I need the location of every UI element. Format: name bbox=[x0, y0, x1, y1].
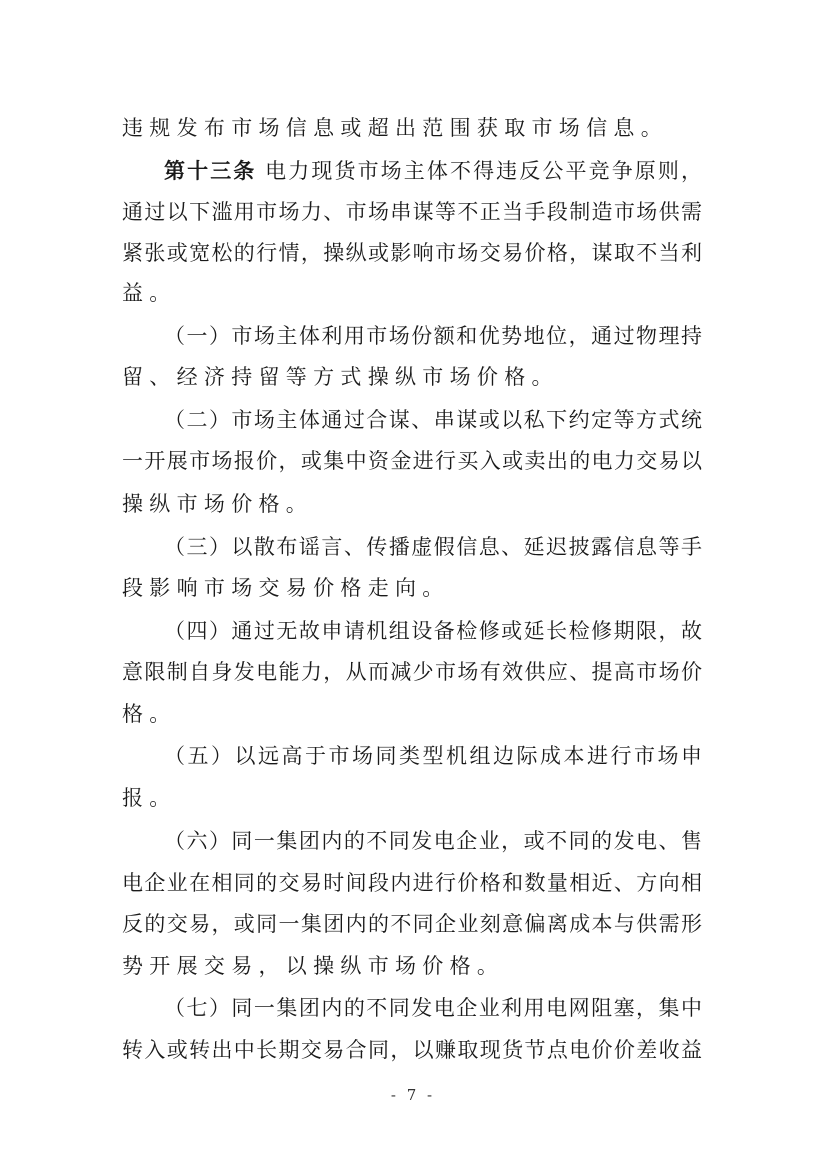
line-text: 段影响市场交易价格走向。 bbox=[122, 576, 450, 600]
text-line: 反的交易，或同一集团内的不同企业刻意偏离成本与供需形 bbox=[122, 909, 702, 939]
page-number: - 7 - bbox=[0, 1086, 826, 1104]
text-line: 报。 bbox=[122, 783, 702, 813]
text-line: 操纵市场价格。 bbox=[122, 489, 702, 519]
line-text: 电力现货市场主体不得违反公平竞争原则， bbox=[256, 159, 702, 183]
text-line: 格。 bbox=[122, 699, 702, 729]
line-text: （七）同一集团内的不同发电企业利用电网阻塞，集中 bbox=[164, 996, 702, 1020]
text-line: 违规发布市场信息或超出范围获取市场信息。 bbox=[122, 113, 702, 143]
line-text: （六）同一集团内的不同发电企业，或不同的发电、售 bbox=[164, 829, 702, 853]
line-text: 违规发布市场信息或超出范围获取市场信息。 bbox=[122, 116, 668, 140]
line-text: 益。 bbox=[122, 281, 177, 305]
line-text: （四）通过无故申请机组设备检修或延长检修期限，故 bbox=[164, 619, 702, 643]
clause-line: （二）市场主体通过合谋、串谋或以私下约定等方式统 bbox=[164, 405, 702, 435]
text-line: 意限制自身发电能力，从而减少市场有效供应、提高市场价 bbox=[122, 657, 702, 687]
clause-line: （六）同一集团内的不同发电企业，或不同的发电、售 bbox=[164, 826, 702, 856]
line-text: 转入或转出中长期交易合同，以赚取现货节点电价价差收益 bbox=[122, 1038, 702, 1062]
clause-line: （三）以散布谣言、传播虚假信息、延迟披露信息等手 bbox=[164, 532, 702, 562]
clause-line: （七）同一集团内的不同发电企业利用电网阻塞，集中 bbox=[164, 993, 702, 1023]
line-text: 反的交易，或同一集团内的不同企业刻意偏离成本与供需形 bbox=[122, 912, 702, 936]
line-text: 格。 bbox=[122, 702, 177, 726]
line-text: （五）以远高于市场同类型机组边际成本进行市场申 bbox=[164, 744, 702, 768]
text-line: 势开展交易，以操纵市场价格。 bbox=[122, 951, 702, 981]
text-line: 一开展市场报价，或集中资金进行买入或卖出的电力交易以 bbox=[122, 446, 702, 476]
line-text: 报。 bbox=[122, 786, 177, 810]
text-line: 段影响市场交易价格走向。 bbox=[122, 573, 702, 603]
text-line: 留、经济持留等方式操纵市场价格。 bbox=[122, 362, 702, 392]
article-number: 第十三条 bbox=[164, 159, 256, 183]
clause-line: （一）市场主体利用市场份额和优势地位，通过物理持 bbox=[164, 321, 702, 351]
line-text: 电企业在相同的交易时间段内进行价格和数量相近、方向相 bbox=[122, 871, 702, 895]
line-text: 紧张或宽松的行情，操纵或影响市场交易价格，谋取不当利 bbox=[122, 241, 702, 265]
text-line: 通过以下滥用市场力、市场串谋等不正当手段制造市场供需 bbox=[122, 197, 702, 227]
line-text: （一）市场主体利用市场份额和优势地位，通过物理持 bbox=[164, 324, 702, 348]
text-line: 电企业在相同的交易时间段内进行价格和数量相近、方向相 bbox=[122, 868, 702, 898]
line-text: 通过以下滥用市场力、市场串谋等不正当手段制造市场供需 bbox=[122, 200, 702, 224]
line-text: 势开展交易，以操纵市场价格。 bbox=[122, 954, 504, 978]
article-heading-line: 第十三条 电力现货市场主体不得违反公平竞争原则， bbox=[164, 156, 702, 186]
line-text: （二）市场主体通过合谋、串谋或以私下约定等方式统 bbox=[164, 408, 702, 432]
line-text: 一开展市场报价，或集中资金进行买入或卖出的电力交易以 bbox=[122, 449, 702, 473]
clause-line: （五）以远高于市场同类型机组边际成本进行市场申 bbox=[164, 741, 702, 771]
document-page: 违规发布市场信息或超出范围获取市场信息。 第十三条 电力现货市场主体不得违反公平… bbox=[0, 0, 826, 1169]
line-text: （三）以散布谣言、传播虚假信息、延迟披露信息等手 bbox=[164, 535, 702, 559]
line-text: 留、经济持留等方式操纵市场价格。 bbox=[122, 365, 559, 389]
line-text: 意限制自身发电能力，从而减少市场有效供应、提高市场价 bbox=[122, 660, 702, 684]
text-line: 益。 bbox=[122, 278, 702, 308]
line-text: 操纵市场价格。 bbox=[122, 492, 313, 516]
clause-line: （四）通过无故申请机组设备检修或延长检修期限，故 bbox=[164, 616, 702, 646]
text-line: 转入或转出中长期交易合同，以赚取现货节点电价价差收益 bbox=[122, 1035, 702, 1065]
text-line: 紧张或宽松的行情，操纵或影响市场交易价格，谋取不当利 bbox=[122, 238, 702, 268]
